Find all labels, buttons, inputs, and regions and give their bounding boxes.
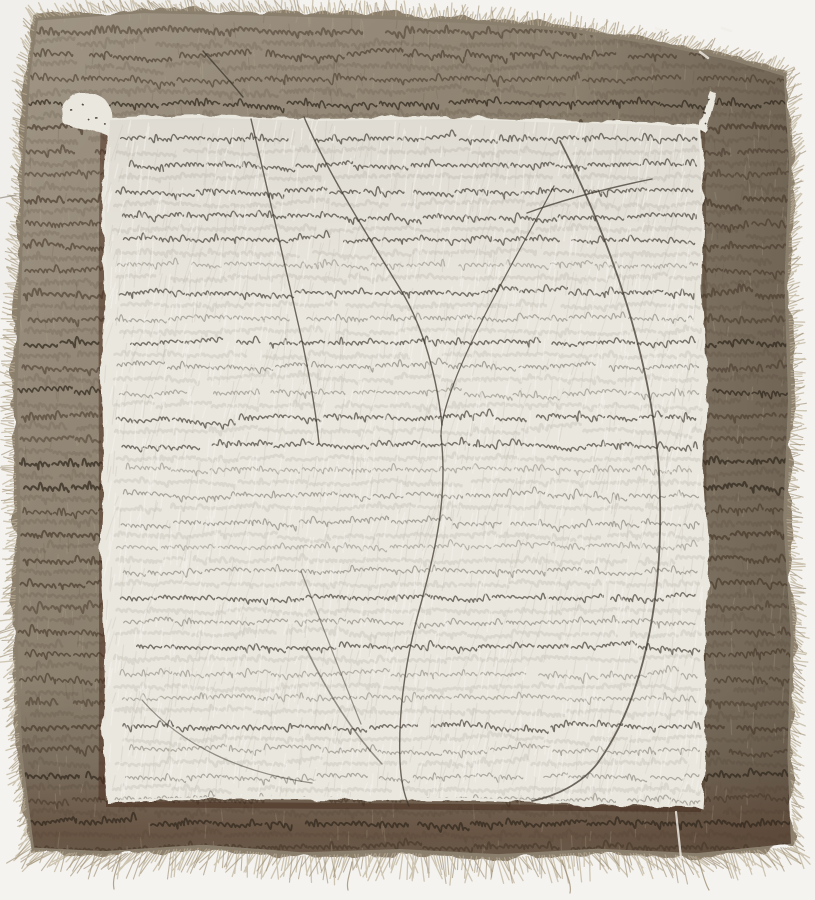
artwork-photo xyxy=(0,0,815,900)
artwork-svg xyxy=(0,0,815,900)
